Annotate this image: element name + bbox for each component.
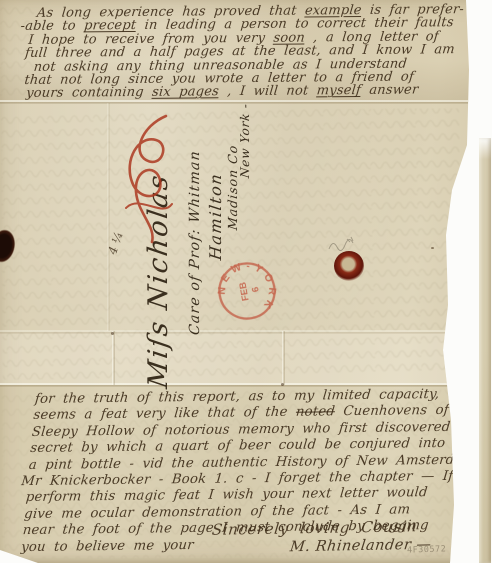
ink-speck bbox=[431, 247, 434, 249]
fold-crease-horizontal bbox=[0, 100, 468, 104]
letter-top-text: As long experience has proved that examp… bbox=[28, 3, 464, 101]
postmark-day-text: 6 bbox=[250, 286, 262, 293]
fold-crease-vertical bbox=[107, 103, 110, 331]
fold-crease-vertical bbox=[112, 331, 115, 385]
postmark-month-text: FEB bbox=[237, 281, 251, 302]
postmark-stamp: NEW-YORK FEB 6 bbox=[203, 247, 291, 335]
red-ink-flourish bbox=[112, 108, 180, 258]
wax-seal-remnant-right bbox=[334, 251, 364, 281]
fold-crease-vertical bbox=[282, 331, 285, 385]
pencil-inventory-number: 4F30572 bbox=[407, 544, 447, 555]
ink-speck bbox=[281, 383, 284, 386]
paper-sliver-edge bbox=[479, 138, 491, 563]
letter-paper: As long experience has proved that examp… bbox=[0, 0, 492, 563]
ink-speck bbox=[111, 332, 114, 335]
letter-scan: As long experience has proved that examp… bbox=[0, 0, 492, 563]
pencil-scribble bbox=[327, 235, 359, 255]
address-state: New York - bbox=[238, 102, 252, 178]
address-town: Hamilton bbox=[206, 172, 225, 262]
address-care-of: Care of Prof: Whitman bbox=[187, 149, 203, 336]
letter-closing: Sincerely loving Cousin bbox=[211, 517, 418, 539]
